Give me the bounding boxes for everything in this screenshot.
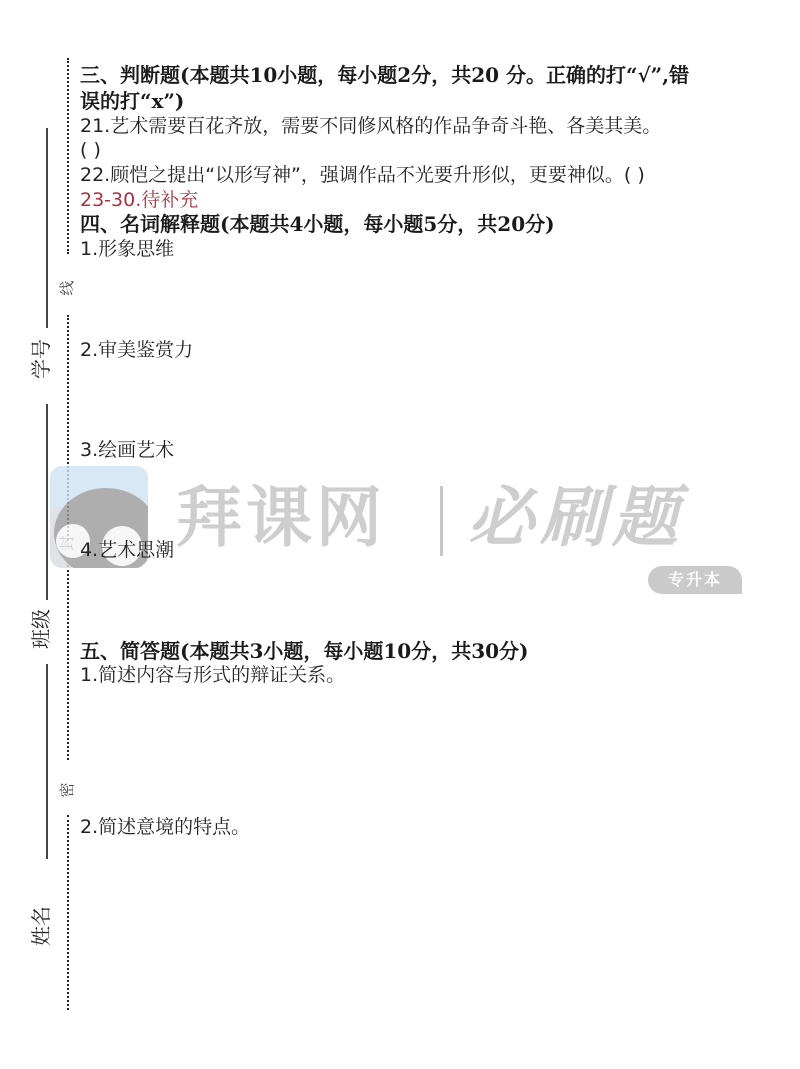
class-label: 班级 [30,623,52,649]
binding-dotted-line [67,58,69,254]
section3-heading-cont: 误的打“x”) [80,88,184,114]
name-fill-line [46,664,48,859]
watermark-divider [440,486,443,556]
term-item: 3.绘画艺术 [80,437,174,463]
section5-heading: 五、简答题(本题共3小题，每小题10分，共30分) [80,638,529,664]
binding-dotted-line [67,565,69,760]
question-23-30-placeholder: 23-30.待补充 [80,187,198,213]
term-item: 4.艺术思潮 [80,537,174,563]
watermark-brand-right: 必刷题 [468,478,684,558]
class-fill-line [46,404,48,600]
seal-char-line: 线 [57,277,77,299]
student-id-label: 学号 [30,353,52,379]
term-item: 2.审美鉴赏力 [80,337,193,363]
name-label: 姓名 [30,920,52,946]
binding-dotted-line [67,815,69,1010]
seal-char-secret: 密 [57,779,77,801]
section3-heading: 三、判断题(本题共10小题，每小题2分，共20 分。正确的打“√”,错 [80,62,689,88]
section4-heading: 四、名词解释题(本题共4小题，每小题5分，共20分) [80,211,555,237]
question-22: 22.顾恺之提出“以形写神”，强调作品不光要升形似，更要神似。( ) [80,162,645,188]
short-answer-item: 1.简述内容与形式的辩证关系。 [80,662,345,688]
watermark-brand-left: 拜课网 [176,478,386,558]
short-answer-item: 2.简述意境的特点。 [80,814,250,840]
question-21-answer-blank: ( ) [80,137,101,163]
student-id-fill-line [46,128,48,328]
watermark-badge: 专升本 [648,566,742,594]
term-item: 1.形象思维 [80,236,174,262]
question-21: 21.艺术需要百花齐放，需要不同修风格的作品争奇斗艳、各美其美。 [80,113,661,139]
